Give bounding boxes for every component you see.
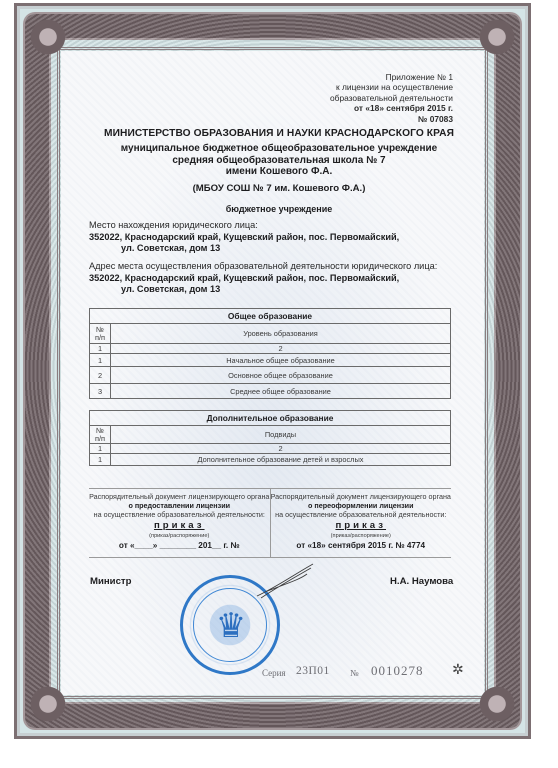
school-name: муниципальное бюджетное общеобразователь… xyxy=(60,143,498,178)
school-name-line: средняя общеобразовательная школа № 7 xyxy=(60,155,498,167)
signatory-name: Н.А. Наумова xyxy=(390,576,453,587)
table-row: 3 Среднее общее образование xyxy=(90,384,451,399)
signatory-title: Министр xyxy=(90,576,131,587)
legal-address-line: ул. Советская, дом 13 xyxy=(89,243,399,255)
school-name-line: муниципальное бюджетное общеобразователь… xyxy=(60,143,498,155)
corner-ornament-bottom-left xyxy=(28,684,68,724)
index-cell: 1 xyxy=(90,444,111,454)
row-value: Дополнительное образование детей и взрос… xyxy=(111,454,451,466)
order-purpose: о переоформлении лицензии xyxy=(271,501,452,510)
table-row: 2 Основное общее образование xyxy=(90,367,451,384)
table-caption: Общее образование xyxy=(90,309,451,324)
column-header-number: № п/п xyxy=(90,324,111,344)
school-short-name: (МБОУ СОШ № 7 им. Кошевого Ф.А.) xyxy=(60,183,498,194)
institution-type: бюджетное учреждение xyxy=(60,204,498,214)
row-number: 2 xyxy=(90,367,111,384)
corner-ornament-bottom-right xyxy=(477,684,517,724)
series-value: 23П01 xyxy=(296,665,330,677)
row-value: Основное общее образование xyxy=(111,367,451,384)
general-education-table: Общее образование № п/п Уровень образова… xyxy=(89,308,451,399)
row-value: Начальное общее образование xyxy=(111,354,451,367)
activity-address: Адрес места осуществления образовательно… xyxy=(89,261,437,296)
form-number: 0010278 xyxy=(371,663,424,679)
legal-address-label: Место нахождения юридического лица: xyxy=(89,220,399,232)
column-header-number: № п/п xyxy=(90,426,111,444)
legal-address-line: 352022, Краснодарский край, Кущевский ра… xyxy=(89,232,399,244)
appendix-title: Приложение № 1 xyxy=(330,72,453,82)
appendix-line: к лицензии на осуществление xyxy=(330,82,453,92)
order-label: Распорядительный документ лицензирующего… xyxy=(271,492,452,501)
column-header-level: Уровень образования xyxy=(111,324,451,344)
legal-address: Место нахождения юридического лица: 3520… xyxy=(89,220,399,255)
table-row: 1 Начальное общее образование xyxy=(90,354,451,367)
order-label: на осуществление образовательной деятель… xyxy=(271,510,452,519)
table-caption: Дополнительное образование xyxy=(90,411,451,426)
coat-of-arms-icon: ♛ xyxy=(214,606,248,646)
row-number: 3 xyxy=(90,384,111,399)
appendix-reference: Приложение № 1 к лицензии на осуществлен… xyxy=(330,72,453,124)
appendix-date: от «18» сентября 2015 г. xyxy=(330,103,453,113)
order-label: на осуществление образовательной деятель… xyxy=(89,510,270,519)
order-date: от «18» сентября 2015 г. № 4774 xyxy=(271,540,452,552)
order-type-hint: (приказ/распоряжение) xyxy=(89,532,270,540)
order-type-hint: (приказ/распоряжение) xyxy=(271,532,452,540)
order-type: приказ xyxy=(271,520,452,532)
index-cell: 2 xyxy=(111,444,451,454)
index-cell: 2 xyxy=(111,344,451,354)
row-number: 1 xyxy=(90,454,111,466)
order-documents: Распорядительный документ лицензирующего… xyxy=(89,488,451,558)
corner-ornament-top-left xyxy=(28,17,68,57)
table-row: 1 Дополнительное образование детей и взр… xyxy=(90,454,451,466)
order-purpose: о предоставлении лицензии xyxy=(89,501,270,510)
activity-address-line: 352022, Краснодарский край, Кущевский ра… xyxy=(89,273,437,285)
number-label: № xyxy=(350,668,359,678)
order-reissuance: Распорядительный документ лицензирующего… xyxy=(270,489,452,557)
row-number: 1 xyxy=(90,354,111,367)
order-label: Распорядительный документ лицензирующего… xyxy=(89,492,270,501)
row-value: Среднее общее образование xyxy=(111,384,451,399)
handwritten-signature xyxy=(255,562,315,602)
additional-education-table: Дополнительное образование № п/п Подвиды… xyxy=(89,410,451,466)
order-type: приказ xyxy=(89,520,270,532)
corner-ornament-top-right xyxy=(477,17,517,57)
ministry-title: МИНИСТЕРСТВО ОБРАЗОВАНИЯ И НАУКИ КРАСНОД… xyxy=(60,128,498,139)
asterisk-mark-icon: ✲ xyxy=(452,662,464,679)
order-date: от «____» ________ 201__ г. № xyxy=(89,540,270,552)
school-name-line: имени Кошевого Ф.А. xyxy=(60,166,498,178)
series-label: Серия xyxy=(262,668,286,678)
column-header-subtypes: Подвиды xyxy=(111,426,451,444)
activity-address-label: Адрес места осуществления образовательно… xyxy=(89,261,437,273)
appendix-line: образовательной деятельности xyxy=(330,93,453,103)
order-issuance: Распорядительный документ лицензирующего… xyxy=(89,489,270,557)
index-cell: 1 xyxy=(90,344,111,354)
appendix-number: № 07083 xyxy=(330,114,453,124)
activity-address-line: ул. Советская, дом 13 xyxy=(89,284,437,296)
